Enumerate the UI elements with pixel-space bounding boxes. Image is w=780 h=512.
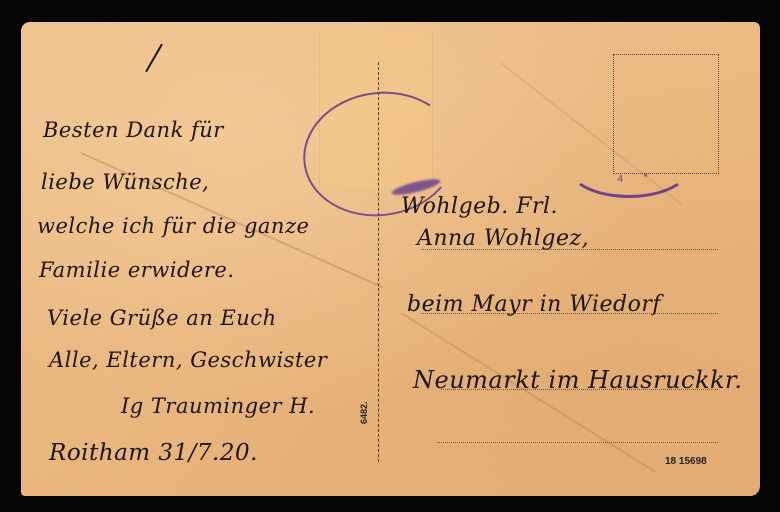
address-salutation: Wohlgeb. Frl. <box>401 194 558 219</box>
message-line: Familie erwidere. <box>39 258 235 282</box>
message-line: Besten Dank für <box>43 118 224 142</box>
scan-background: 4 * Besten Dank für liebe Wünsche, welch… <box>0 0 780 512</box>
postmark-text: 4 <box>617 174 623 185</box>
address-line-4 <box>437 442 718 443</box>
publisher-number: 18 15698 <box>665 456 707 467</box>
message-line: liebe Wünsche, <box>41 170 209 194</box>
message-line: welche ich für die ganze <box>37 214 309 238</box>
address-name: Anna Wohlgez, <box>417 226 589 251</box>
place-and-date: Roitham 31/7.20. <box>49 440 258 466</box>
message-line: Viele Grüße an Euch <box>47 306 277 330</box>
postcard: 4 * Besten Dank für liebe Wünsche, welch… <box>21 22 760 496</box>
address-street: beim Mayr in Wiedorf <box>407 292 661 317</box>
postmark-arc-right <box>566 132 692 198</box>
address-city: Neumarkt im Hausruckkr. <box>413 366 743 394</box>
postmark-star-icon: * <box>643 172 648 183</box>
card-series-number: 6482. <box>359 401 369 424</box>
signature: Ig Trauminger H. <box>121 394 315 418</box>
message-line: Alle, Eltern, Geschwister <box>49 348 327 372</box>
pen-mark <box>145 44 163 73</box>
